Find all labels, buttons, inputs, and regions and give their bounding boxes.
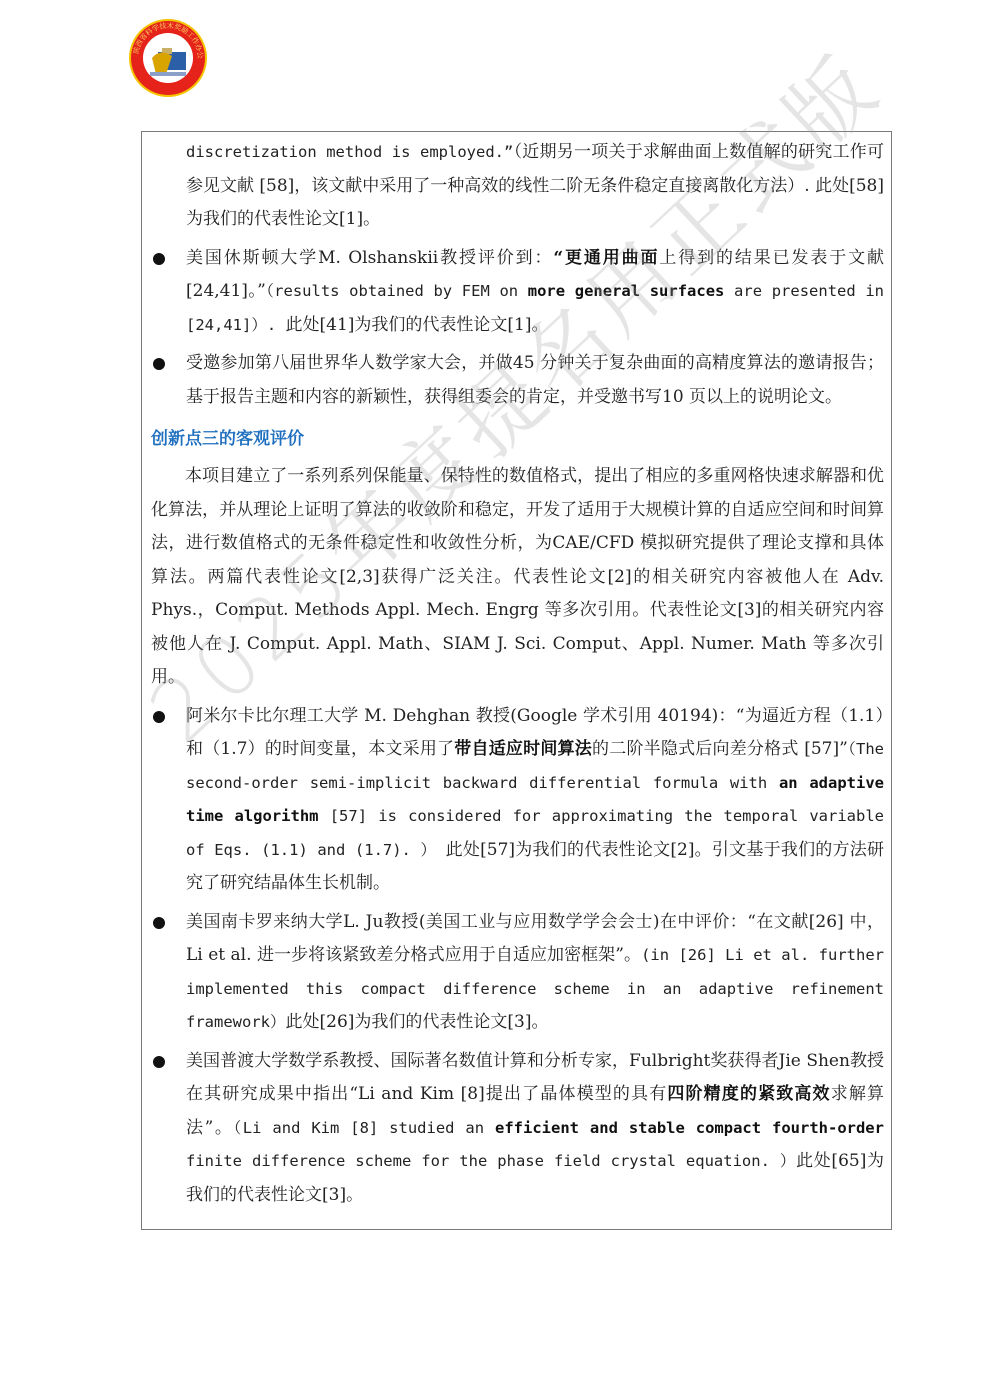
- bullet-item: 美国南卡罗来纳大学L. Ju教授(美国工业与应用数学学会会士)在中评价：“在文献…: [151, 906, 884, 1040]
- text-run: 美国休斯顿大学M. Olshanskii教授评价到：: [186, 248, 553, 268]
- text-run: （results obtained by FEM on: [266, 282, 528, 300]
- section-heading: 创新点三的客观评价: [151, 422, 884, 456]
- bullet-item: 美国普渡大学数学系教授、国际著名数值计算和分析专家，Fulbright奖获得者J…: [151, 1045, 884, 1213]
- text-run: finite difference scheme for the phase f…: [186, 1152, 796, 1170]
- text-run: discretization method is employed.”: [186, 143, 513, 161]
- emphasis-text: “更通用曲面: [553, 248, 659, 268]
- bullet-dot-icon: [153, 917, 165, 929]
- bullet-list-bottom: 阿米尔卡比尔理工大学 M. Dehghan 教授(Google 学术引用 401…: [151, 700, 884, 1213]
- text-run: 的二阶半隐式后向差分格式 [57]”: [592, 739, 848, 759]
- bullet-dot-icon: [153, 711, 165, 723]
- emphasis-text: 带自适应时间算法: [454, 739, 592, 759]
- text-run: 此处[26]为我们的代表性论文[3]。: [286, 1012, 549, 1032]
- section-paragraph: 本项目建立了一系列系列保能量、保特性的数值格式，提出了相应的多重网格快速求解器和…: [151, 460, 884, 695]
- emphasis-text: 四阶精度的紧致高效: [667, 1084, 830, 1104]
- emphasis-text: more general surfaces: [528, 282, 725, 300]
- bullet-dot-icon: [153, 253, 165, 265]
- bullet-dot-icon: [153, 1056, 165, 1068]
- text-run: 此处[41]为我们的代表性论文[1]。: [286, 315, 549, 335]
- bullet-dot-icon: [153, 358, 165, 370]
- office-seal-logo: 陕西省科学技术奖励工作办公室: [128, 18, 208, 98]
- emphasis-text: efficient and stable compact fourth-orde…: [495, 1119, 884, 1137]
- document-content: discretization method is employed.”（近期另一…: [151, 136, 884, 1212]
- bullet-item: 美国休斯顿大学M. Olshanskii教授评价到：“更通用曲面上得到的结果已发…: [151, 242, 884, 343]
- continuation-paragraph: discretization method is employed.”（近期另一…: [151, 136, 884, 237]
- bullet-list-top: 美国休斯顿大学M. Olshanskii教授评价到：“更通用曲面上得到的结果已发…: [151, 242, 884, 415]
- text-run: 受邀参加第八届世界华人数学家大会，并做45 分钟关于复杂曲面的高精度算法的邀请报…: [186, 353, 884, 407]
- text-run: （Li and Kim [8] studied an: [233, 1119, 495, 1137]
- bullet-item: 阿米尔卡比尔理工大学 M. Dehghan 教授(Google 学术引用 401…: [151, 700, 884, 901]
- office-seal-logo-icon: 陕西省科学技术奖励工作办公室: [128, 18, 208, 98]
- bullet-item: 受邀参加第八届世界华人数学家大会，并做45 分钟关于复杂曲面的高精度算法的邀请报…: [151, 347, 884, 414]
